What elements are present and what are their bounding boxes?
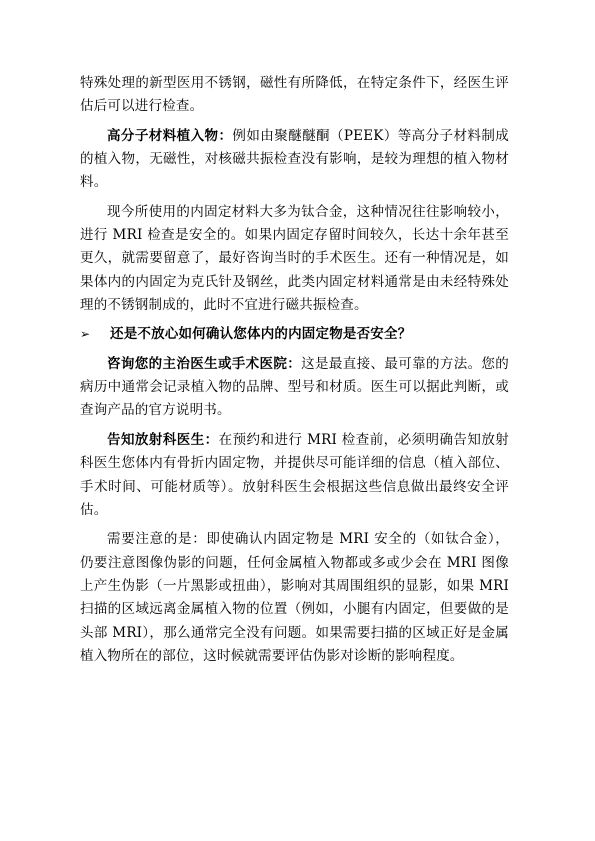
paragraph-text: 现今所使用的内固定材料大多为钛合金，这种情况往往影响较小，进行 MRI 检查是安…: [80, 204, 509, 313]
arrow-bullet-icon: ➢: [80, 323, 110, 346]
paragraph-consult-doctor: 咨询您的主治医生或手术医院：这是最直接、最可靠的方法。您的病历中通常会记录植入物…: [80, 353, 509, 423]
bullet-heading-text: 还是不放心如何确认您体内的内固定物是否安全？: [110, 326, 411, 342]
document-body: 特殊处理的新型医用不锈钢，磁性有所降低，在特定条件下，经医生评估后可以进行检查。…: [80, 72, 509, 674]
bullet-heading-safety-question: ➢还是不放心如何确认您体内的内固定物是否安全？: [80, 323, 509, 346]
document-page: 特殊处理的新型医用不锈钢，磁性有所降低，在特定条件下，经医生评估后可以进行检查。…: [0, 0, 595, 841]
paragraph-polymer-implants: 高分子材料植入物：例如由聚醚醚酮（PEEK）等高分子材料制成的植入物，无磁性，对…: [80, 125, 509, 195]
paragraph-text: 特殊处理的新型医用不锈钢，磁性有所降低，在特定条件下，经医生评估后可以进行检查。: [80, 75, 509, 114]
paragraph-artifact-note: 需要注意的是：即使确认内固定物是 MRI 安全的（如钛合金），仍要注意图像伪影的…: [80, 528, 509, 668]
paragraph-titanium-info: 现今所使用的内固定材料大多为钛合金，这种情况往往影响较小，进行 MRI 检查是安…: [80, 201, 509, 318]
paragraph-continuation: 特殊处理的新型医用不锈钢，磁性有所降低，在特定条件下，经医生评估后可以进行检查。: [80, 72, 509, 119]
paragraph-bold-lead: 咨询您的主治医生或手术医院：: [107, 356, 301, 372]
paragraph-text: 需要注意的是：即使确认内固定物是 MRI 安全的（如钛合金），仍要注意图像伪影的…: [80, 531, 509, 664]
paragraph-bold-lead: 高分子材料植入物：: [107, 128, 232, 144]
paragraph-inform-radiologist: 告知放射科医生：在预约和进行 MRI 检查前，必须明确告知放射科医生您体内有骨折…: [80, 429, 509, 522]
paragraph-bold-lead: 告知放射科医生：: [107, 432, 219, 448]
